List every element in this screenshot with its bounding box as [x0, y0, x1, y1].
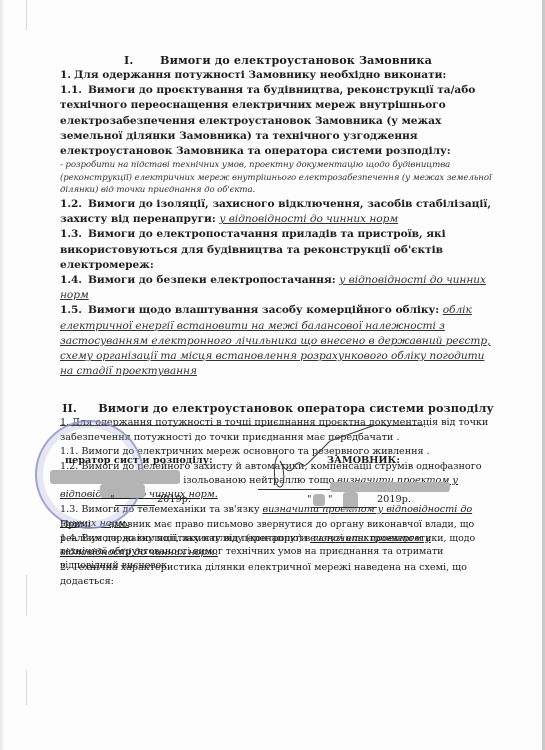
section-1-item-1-2: 1.2.Вимоги до ізоляції, захисного відклю… — [60, 197, 496, 227]
section-1-item-1: 1.Для одержання потужності Замовнику нео… — [60, 68, 496, 83]
section-2-heading: II.Вимоги до електроустановок оператора … — [60, 401, 496, 415]
customer-date-quote-close: " — [328, 494, 332, 505]
item-value: у відповідності до чинних норм — [219, 213, 398, 225]
customer-date-year: 2019р. — [377, 494, 411, 505]
redacted-operator-signature — [100, 484, 145, 498]
section-number: II. — [62, 401, 98, 415]
scan-artifact — [26, 670, 27, 705]
section-1-item-1-1-value: - розробити на підставі технічних умов, … — [60, 159, 496, 197]
note-paragraph: Приміамовник має право письмово звернути… — [60, 518, 496, 572]
operator-date-year: 2019р. — [157, 494, 191, 505]
section-title: Вимоги до електроустановок оператора сис… — [98, 401, 494, 415]
section-1-item-1-3: 1.3.Вимоги до електропостачання приладів… — [60, 227, 496, 273]
section-number: I. — [124, 53, 160, 67]
redacted-customer-name — [330, 482, 450, 492]
line-end-dot: . — [423, 420, 426, 430]
operator-label: ператор сист и розподілу: — [65, 455, 213, 466]
page-edge — [0, 0, 4, 750]
scan-artifact — [26, 0, 27, 30]
scan-artifact — [26, 575, 27, 615]
section-1-heading: I.Вимоги до електроустановок Замовника — [60, 53, 496, 67]
customer-date-line — [311, 507, 377, 508]
customer-date-quote-open: " — [307, 494, 311, 505]
section-1-item-1-1: 1.1.Вимоги до проєктування та будівництв… — [60, 83, 496, 159]
section-1-item-1-5: 1.5.Вимоги щодо влаштування засобу комер… — [60, 303, 496, 379]
customer-signature-line — [258, 489, 338, 490]
operator-date-quote: " — [110, 494, 114, 505]
customer-label: ЗАМОВНИК: — [327, 455, 400, 466]
operator-date-line — [115, 505, 155, 506]
redacted-day — [313, 494, 325, 506]
section-1-item-1-4: 1.4.Вимоги до безпеки електропостачання:… — [60, 273, 496, 303]
section-title: Вимоги до електроустановок Замовника — [160, 53, 432, 67]
redacted-operator-name — [50, 470, 180, 484]
